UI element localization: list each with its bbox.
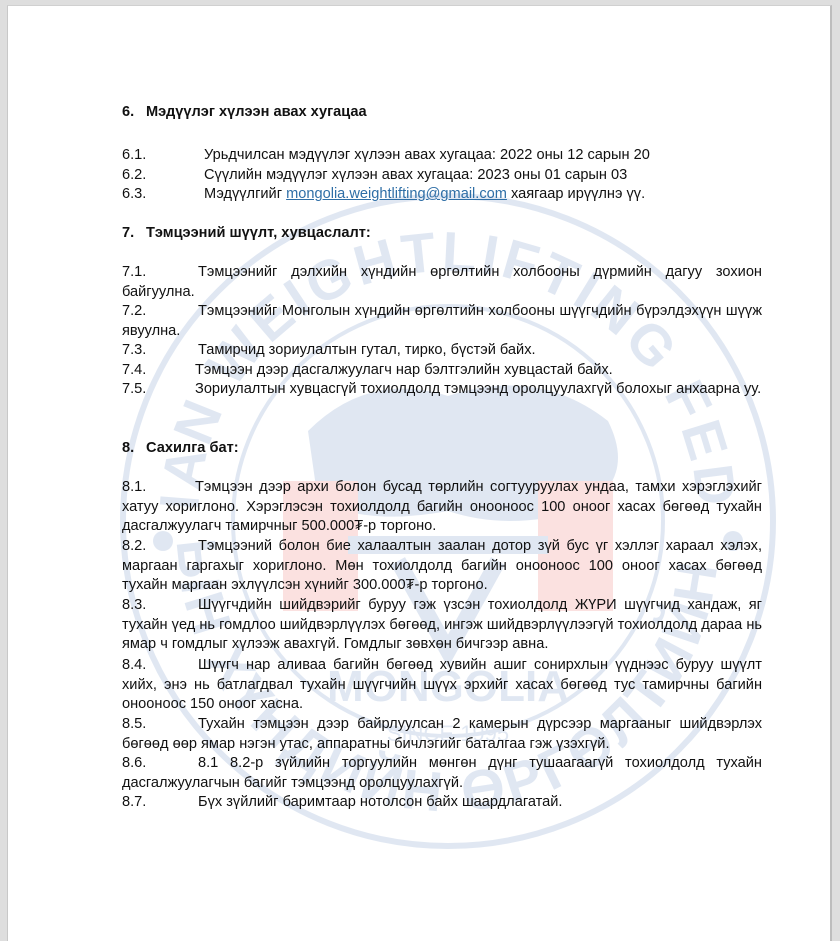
- section-heading-7: 7.Тэмцээний шүүлт, хувцаслалт:: [122, 224, 371, 244]
- document-page: MONGOLIAN WEIGHTLIFTING FEDERATION МОНГО…: [7, 5, 832, 941]
- list-item: 8.5. Тухайн тэмцээн дээр байрлуулсан 2 к…: [122, 715, 762, 754]
- list-item: 6.1. Урьдчилсан мэдүүлэг хүлээн авах хуг…: [122, 146, 762, 166]
- list-item: 7.4. Тэмцээн дээр дасгалжуулагч нар бэлт…: [122, 361, 762, 381]
- list-item: 6.2. Сүүлийн мэдүүлэг хүлээн авах хугаца…: [122, 166, 762, 186]
- email-link[interactable]: mongolia.weightlifting@gmail.com: [286, 186, 507, 202]
- list-item: 7.3. Тамирчид зориулалтын гутал, тирко, …: [122, 341, 762, 361]
- list-item: 8.2. Тэмцээний болон бие халаалтын заала…: [122, 537, 762, 596]
- list-item: 6.3. Мэдүүлгийг mongolia.weightlifting@g…: [122, 185, 762, 205]
- list-item: 7.5. Зориулалтын хувцасгүй тохиолдолд тэ…: [122, 380, 762, 400]
- section-heading-8: 8.Сахилга бат:: [122, 439, 239, 459]
- list-item: 8.3. Шүүгчдийн шийдвэрийг буруу гэж үзсэ…: [122, 596, 762, 655]
- list-item: 8.7. Бүх зүйлийг баримтаар нотолсон байх…: [122, 793, 762, 813]
- list-item: 7.1. Тэмцээнийг дэлхийн хүндийн өргөлтий…: [122, 263, 762, 302]
- list-item: 7.2. Тэмцээнийг Монголын хүндийн өргөлти…: [122, 302, 762, 341]
- section-heading-6: 6.Мэдүүлэг хүлээн авах хугацаа: [122, 103, 367, 123]
- list-item: 8.6. 8.1 8.2-р зүйлийн торгуулийн мөнгөн…: [122, 754, 762, 793]
- list-item: 8.4. Шүүгч нар аливаа багийн бөгөөд хуви…: [122, 656, 762, 715]
- list-item: 8.1. Тэмцээн дээр архи болон бусад төрли…: [122, 478, 762, 537]
